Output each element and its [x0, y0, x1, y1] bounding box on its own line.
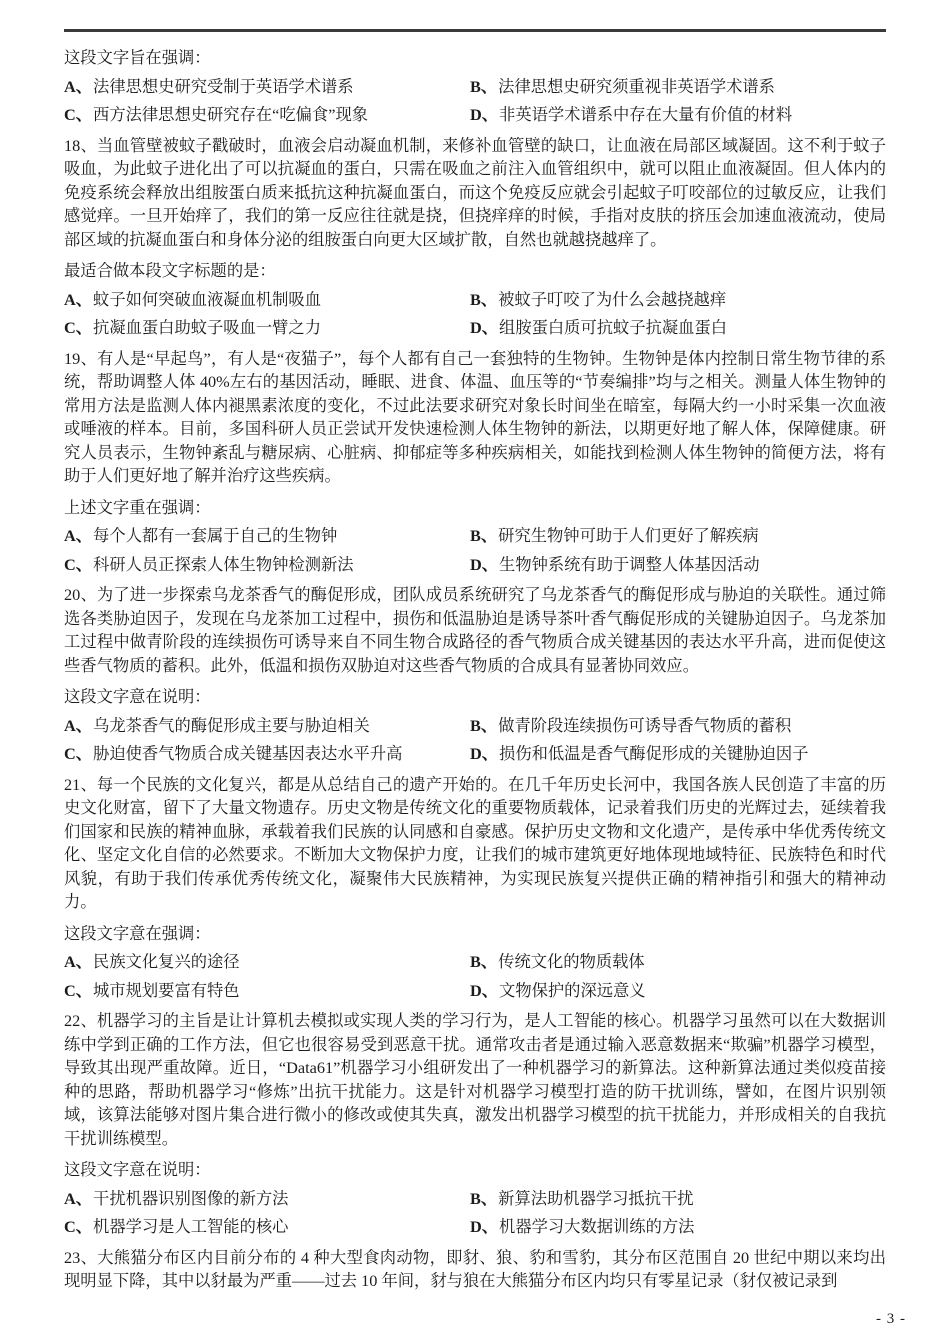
option-b: B、传统文化的物质载体: [470, 950, 886, 974]
question-paragraph: 22、机器学习的主旨是让计算机去模拟或实现人类的学习行为，是人工智能的核心。机器…: [64, 1009, 886, 1150]
option-label: B、: [470, 1189, 497, 1208]
option-c: C、科研人员正探索人体生物钟检测新法: [64, 553, 470, 577]
page-number: - 3 -: [876, 1311, 906, 1328]
option-label: B、: [470, 526, 497, 545]
option-label: C、: [64, 1217, 92, 1236]
option-d: D、生物钟系统有助于调整人体基因活动: [470, 553, 886, 577]
options-grid: A、蚊子如何突破血液凝血机制吸血 B、被蚊子叮咬了为什么会越挠越痒 C、抗凝血蛋…: [64, 288, 886, 340]
option-text: 干扰机器识别图像的新方法: [93, 1189, 288, 1208]
question-paragraph: 21、每一个民族的文化复兴，都是从总结自己的遗产开始的。在几千年历史长河中，我国…: [64, 773, 886, 914]
option-label: D、: [470, 1217, 498, 1236]
option-label: A、: [64, 952, 92, 971]
option-label: C、: [64, 744, 92, 763]
option-text: 文物保护的深远意义: [499, 981, 646, 1000]
option-c: C、胁迫使香气物质合成关键基因表达水平升高: [64, 742, 470, 766]
option-text: 新算法助机器学习抵抗干扰: [498, 1189, 693, 1208]
option-c: C、机器学习是人工智能的核心: [64, 1215, 470, 1239]
option-label: D、: [470, 744, 498, 763]
option-text: 法律思想史研究受制于英语学术谱系: [93, 77, 354, 96]
option-c: C、西方法律思想史研究存在“吃偏食”现象: [64, 103, 470, 127]
option-text: 西方法律思想史研究存在“吃偏食”现象: [93, 105, 368, 124]
option-label: B、: [470, 290, 497, 309]
option-label: A、: [64, 526, 92, 545]
option-text: 组胺蛋白质可抗蚊子抗凝血蛋白: [499, 318, 727, 337]
options-grid: A、每个人都有一套属于自己的生物钟 B、研究生物钟可助于人们更好了解疾病 C、科…: [64, 524, 886, 576]
option-b: B、新算法助机器学习抵抗干扰: [470, 1187, 886, 1211]
option-label: A、: [64, 716, 92, 735]
option-c: C、城市规划要富有特色: [64, 979, 470, 1003]
option-a: A、干扰机器识别图像的新方法: [64, 1187, 470, 1211]
question-paragraph: 23、大熊猫分布区内目前分布的 4 种大型食肉动物，即豺、狼、豹和雪豹，其分布区…: [64, 1246, 886, 1293]
option-text: 做青阶段连续损伤可诱导香气物质的蓄积: [498, 716, 791, 735]
option-text: 损伤和低温是香气酶促形成的关键胁迫因子: [499, 744, 808, 763]
question-prompt: 这段文字意在强调：: [64, 922, 886, 946]
options-grid: A、民族文化复兴的途径 B、传统文化的物质载体 C、城市规划要富有特色 D、文物…: [64, 950, 886, 1002]
option-a: A、民族文化复兴的途径: [64, 950, 470, 974]
option-label: D、: [470, 981, 498, 1000]
option-d: D、组胺蛋白质可抗蚊子抗凝血蛋白: [470, 316, 886, 340]
option-text: 研究生物钟可助于人们更好了解疾病: [498, 526, 759, 545]
question-23-block: 23、大熊猫分布区内目前分布的 4 种大型食肉动物，即豺、狼、豹和雪豹，其分布区…: [64, 1246, 886, 1293]
option-label: C、: [64, 318, 92, 337]
question-20-block: 20、为了进一步探索乌龙茶香气的酶促形成，团队成员系统研究了乌龙茶香气的酶促形成…: [64, 583, 886, 766]
option-text: 民族文化复兴的途径: [93, 952, 240, 971]
question-19-block: 19、有人是“早起鸟”，有人是“夜猫子”，每个人都有自己一套独特的生物钟。生物钟…: [64, 347, 886, 577]
option-text: 生物钟系统有助于调整人体基因活动: [499, 555, 760, 574]
option-label: D、: [470, 555, 498, 574]
option-a: A、法律思想史研究受制于英语学术谱系: [64, 75, 470, 99]
question-18-block: 18、当血管壁被蚊子戳破时，血液会启动凝血机制，来修补血管壁的缺口，让血液在局部…: [64, 134, 886, 340]
question-paragraph: 20、为了进一步探索乌龙茶香气的酶促形成，团队成员系统研究了乌龙茶香气的酶促形成…: [64, 583, 886, 677]
option-label: C、: [64, 105, 92, 124]
option-d: D、损伤和低温是香气酶促形成的关键胁迫因子: [470, 742, 886, 766]
option-text: 被蚊子叮咬了为什么会越挠越痒: [498, 290, 726, 309]
option-text: 蚊子如何突破血液凝血机制吸血: [93, 290, 321, 309]
question-prompt: 这段文字旨在强调：: [64, 46, 886, 70]
option-label: B、: [470, 716, 497, 735]
page-content: 这段文字旨在强调： A、法律思想史研究受制于英语学术谱系 B、法律思想史研究须重…: [64, 38, 886, 1293]
option-c: C、抗凝血蛋白助蚊子吸血一臂之力: [64, 316, 470, 340]
option-text: 机器学习大数据训练的方法: [499, 1217, 694, 1236]
option-d: D、机器学习大数据训练的方法: [470, 1215, 886, 1239]
option-label: D、: [470, 318, 498, 337]
option-text: 每个人都有一套属于自己的生物钟: [93, 526, 337, 545]
question-prompt: 上述文字重在强调：: [64, 496, 886, 520]
option-text: 乌龙茶香气的酶促形成主要与胁迫相关: [93, 716, 370, 735]
option-label: C、: [64, 555, 92, 574]
option-text: 城市规划要富有特色: [93, 981, 240, 1000]
question-paragraph: 19、有人是“早起鸟”，有人是“夜猫子”，每个人都有自己一套独特的生物钟。生物钟…: [64, 347, 886, 488]
header-rule: [64, 29, 886, 32]
options-grid: A、法律思想史研究受制于英语学术谱系 B、法律思想史研究须重视非英语学术谱系 C…: [64, 75, 886, 127]
question-paragraph: 18、当血管壁被蚊子戳破时，血液会启动凝血机制，来修补血管壁的缺口，让血液在局部…: [64, 134, 886, 252]
option-b: B、法律思想史研究须重视非英语学术谱系: [470, 75, 886, 99]
option-d: D、文物保护的深远意义: [470, 979, 886, 1003]
question-22-block: 22、机器学习的主旨是让计算机去模拟或实现人类的学习行为，是人工智能的核心。机器…: [64, 1009, 886, 1239]
option-text: 机器学习是人工智能的核心: [93, 1217, 288, 1236]
option-text: 传统文化的物质载体: [498, 952, 645, 971]
question-prompt: 这段文字意在说明：: [64, 1158, 886, 1182]
option-text: 科研人员正探索人体生物钟检测新法: [93, 555, 354, 574]
options-grid: A、乌龙茶香气的酶促形成主要与胁迫相关 B、做青阶段连续损伤可诱导香气物质的蓄积…: [64, 714, 886, 766]
question-21-block: 21、每一个民族的文化复兴，都是从总结自己的遗产开始的。在几千年历史长河中，我国…: [64, 773, 886, 1003]
exam-page: 这段文字旨在强调： A、法律思想史研究受制于英语学术谱系 B、法律思想史研究须重…: [0, 0, 950, 1344]
option-label: D、: [470, 105, 498, 124]
option-text: 法律思想史研究须重视非英语学术谱系: [498, 77, 775, 96]
option-a: A、乌龙茶香气的酶促形成主要与胁迫相关: [64, 714, 470, 738]
question-17-options-block: 这段文字旨在强调： A、法律思想史研究受制于英语学术谱系 B、法律思想史研究须重…: [64, 46, 886, 127]
option-d: D、非英语学术谱系中存在大量有价值的材料: [470, 103, 886, 127]
option-label: A、: [64, 77, 92, 96]
option-b: B、研究生物钟可助于人们更好了解疾病: [470, 524, 886, 548]
option-text: 非英语学术谱系中存在大量有价值的材料: [499, 105, 792, 124]
option-text: 抗凝血蛋白助蚊子吸血一臂之力: [93, 318, 321, 337]
option-label: A、: [64, 290, 92, 309]
option-text: 胁迫使香气物质合成关键基因表达水平升高: [93, 744, 402, 763]
option-b: B、被蚊子叮咬了为什么会越挠越痒: [470, 288, 886, 312]
question-prompt: 这段文字意在说明：: [64, 685, 886, 709]
option-b: B、做青阶段连续损伤可诱导香气物质的蓄积: [470, 714, 886, 738]
option-label: A、: [64, 1189, 92, 1208]
question-prompt: 最适合做本段文字标题的是：: [64, 259, 886, 283]
option-a: A、蚊子如何突破血液凝血机制吸血: [64, 288, 470, 312]
option-a: A、每个人都有一套属于自己的生物钟: [64, 524, 470, 548]
options-grid: A、干扰机器识别图像的新方法 B、新算法助机器学习抵抗干扰 C、机器学习是人工智…: [64, 1187, 886, 1239]
option-label: C、: [64, 981, 92, 1000]
option-label: B、: [470, 952, 497, 971]
option-label: B、: [470, 77, 497, 96]
